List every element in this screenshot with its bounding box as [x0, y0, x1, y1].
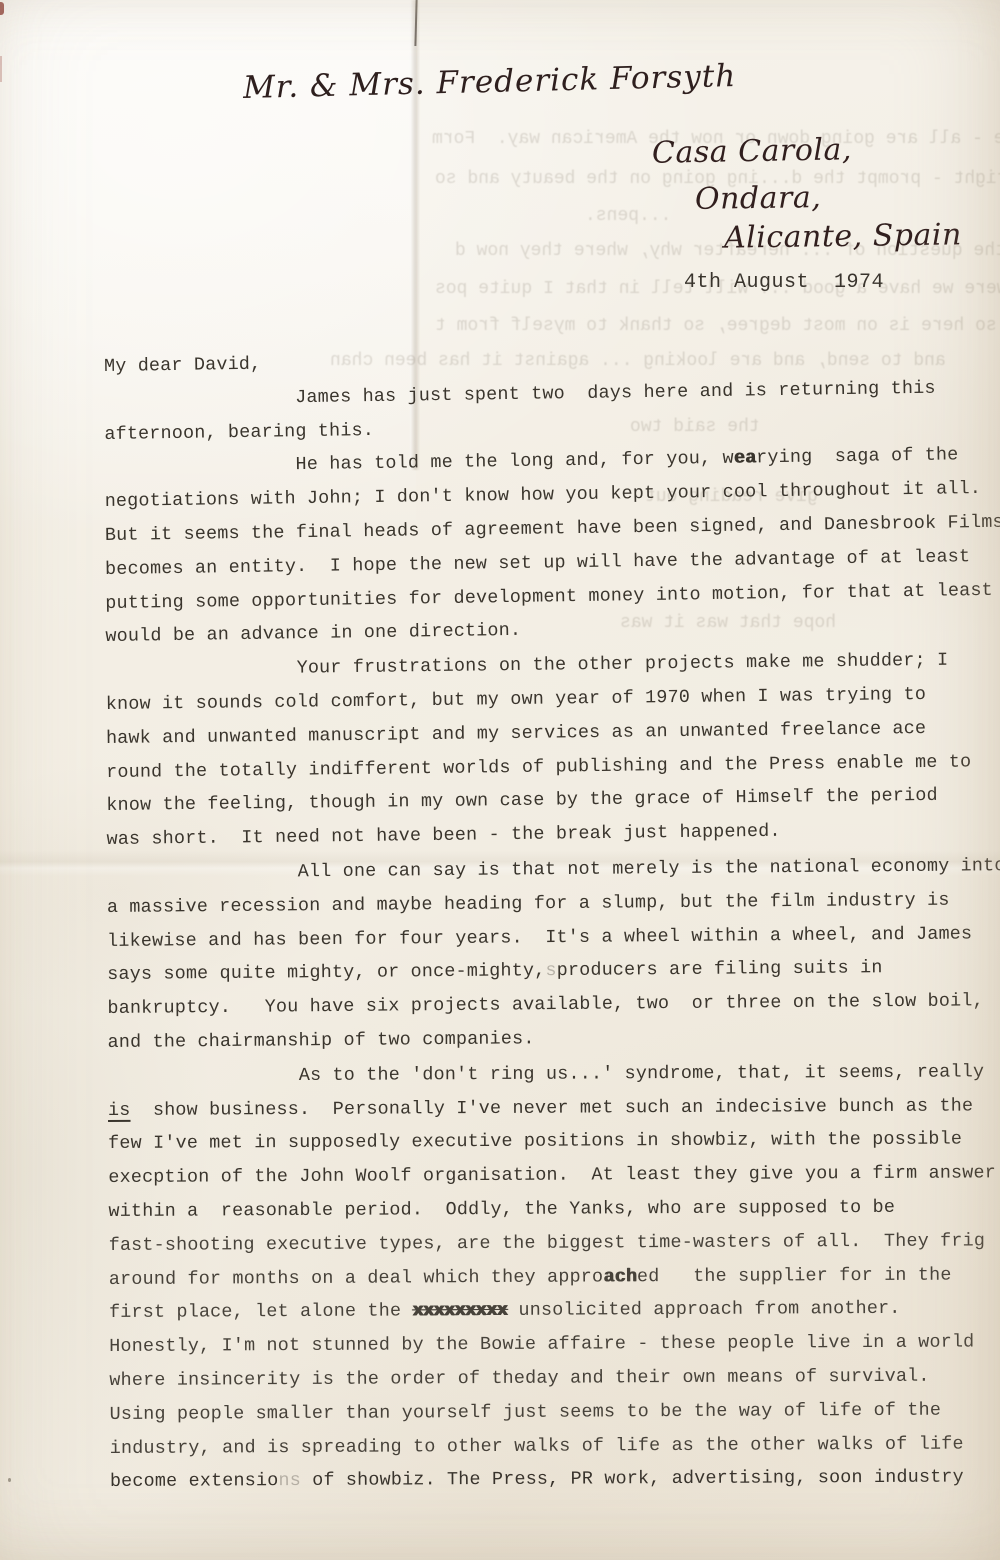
bleedthrough-text: ...pens.: [585, 205, 671, 227]
letter-line: and the chairmanship of two companies.: [107, 1018, 1000, 1060]
paper-speck: [8, 1478, 11, 1482]
fold-crease-mark: [414, 0, 417, 46]
letter-text-segment: Honestly, I'm not stunned by the Bowie a…: [109, 1332, 974, 1358]
letter-text-segment: likewise and has been for four years. It…: [107, 923, 972, 952]
letter-text-segment: bankruptcy. You have six projects availa…: [107, 990, 984, 1019]
letter-text-segment: My dear David,: [104, 354, 262, 377]
letter-text-segment: industry, and is spreading to other walk…: [110, 1433, 964, 1458]
letter-text-segment: where insincerity is the order of theday…: [109, 1366, 929, 1391]
letter-line: is show business. Personally I've never …: [108, 1089, 1000, 1128]
letter-line: first place, let alone the xxxxxxxxx uns…: [109, 1291, 1000, 1330]
letter-line: As to the 'don't ring us...' syndrome, t…: [108, 1055, 1000, 1094]
letter-text-segment: All one can say is that not merely is th…: [107, 855, 1000, 884]
letter-text-segment: around for months on a deal which they a…: [109, 1266, 604, 1290]
letterhead-script: Mr. & Mrs. Frederick Forsyth: [243, 58, 737, 106]
letter-text-segment: of showbiz. The Press, PR work, advertis…: [301, 1467, 964, 1491]
letter-text-segment: hawk and unwanted manuscript and my serv…: [106, 718, 926, 749]
letter-text-segment: Using people smaller than yourself just …: [110, 1399, 942, 1424]
letter-text-segment: afternoon, bearing this.: [104, 420, 374, 445]
letter-text-segment: He has told me the long and, for you, w: [104, 448, 733, 478]
address-line-3: Alicante, Spain: [724, 217, 962, 255]
letter-body: My dear David, James has just spent two …: [104, 345, 1000, 1499]
letter-line: few I've met in supposedly executive pos…: [108, 1123, 1000, 1162]
letter-text-segment: ach: [603, 1266, 637, 1287]
letter-line: industry, and is spreading to other walk…: [110, 1427, 1000, 1466]
letter-text-segment: a massive recession and maybe heading fo…: [107, 889, 950, 917]
letter-text-segment: rying saga of the: [756, 445, 959, 469]
letter-text-segment: fast-shooting executive types, are the b…: [109, 1230, 986, 1256]
letter-text-segment: producers are filing suits in: [557, 958, 883, 982]
letter-text-segment: few I've met in supposedly executive pos…: [108, 1129, 962, 1154]
letter-line: become extensions of showbiz. The Press,…: [110, 1460, 1000, 1499]
letter-text-segment: within a reasonable period. Oddly, the Y…: [108, 1197, 895, 1222]
letter-text-segment: As to the 'don't ring us...' syndrome, t…: [108, 1061, 985, 1087]
letter-text-segment: becomes an entity. I hope the new set up…: [105, 546, 970, 580]
paper-speck: [0, 56, 2, 82]
letter-text-segment: xxxxxxxxx: [412, 1300, 507, 1321]
letter-line: execption of the John Woolf organisation…: [108, 1156, 1000, 1195]
paper-speck: [0, 2, 4, 15]
letter-text-segment: is: [108, 1099, 131, 1120]
address-line-2: Ondara,: [695, 180, 822, 217]
letter-text-segment: unsolicited approach from another.: [507, 1298, 900, 1321]
letter-line: within a reasonable period. Oddly, the Y…: [108, 1190, 1000, 1229]
bleedthrough-text: on, so here is on most degree, so thank …: [435, 315, 1000, 337]
letter-text-segment: round the totally indifferent worlds of …: [106, 751, 971, 783]
letter-text-segment: says some quite mighty, or once-mighty,: [107, 961, 545, 986]
date-line: 4th August 1974: [684, 271, 884, 294]
letter-text-segment: was short. It need not have been - the b…: [106, 821, 780, 850]
letter-text-segment: would be an advance in one direction.: [105, 620, 521, 647]
letter-text-segment: Your frustrations on the other projects …: [106, 650, 949, 681]
letter-text-segment: become extensio: [110, 1470, 279, 1492]
letter-text-segment: know the feeling, though in my own case …: [106, 785, 938, 816]
letter-text-segment: and the chairmanship of two companies.: [108, 1028, 535, 1053]
letter-text-segment: show business. Personally I've never met…: [130, 1095, 973, 1120]
letter-line: Honestly, I'm not stunned by the Bowie a…: [109, 1325, 1000, 1364]
address-line-1: Casa Carola,: [652, 132, 853, 170]
letter-text-segment: s: [545, 960, 556, 981]
letter-text-segment: ns: [278, 1470, 301, 1491]
letter-line: Using people smaller than yourself just …: [109, 1393, 1000, 1432]
letter-text-segment: ea: [734, 448, 757, 469]
letter-line: where insincerity is the order of theday…: [109, 1359, 1000, 1398]
letter-text-segment: execption of the John Woolf organisation…: [108, 1162, 996, 1188]
letter-text-segment: ed the supplier for in the: [637, 1264, 952, 1287]
letter-text-segment: first place, let alone the: [109, 1301, 412, 1324]
letter-text-segment: know it sounds cold comfort, but my own …: [106, 684, 926, 715]
letter-text-segment: James has just spent two days here and i…: [104, 377, 936, 410]
letter-line: fast-shooting executive types, are the b…: [109, 1224, 1000, 1263]
letter-line: around for months on a deal which they a…: [109, 1258, 1000, 1297]
letter-page: are France - all are going down or now t…: [0, 0, 1000, 1560]
